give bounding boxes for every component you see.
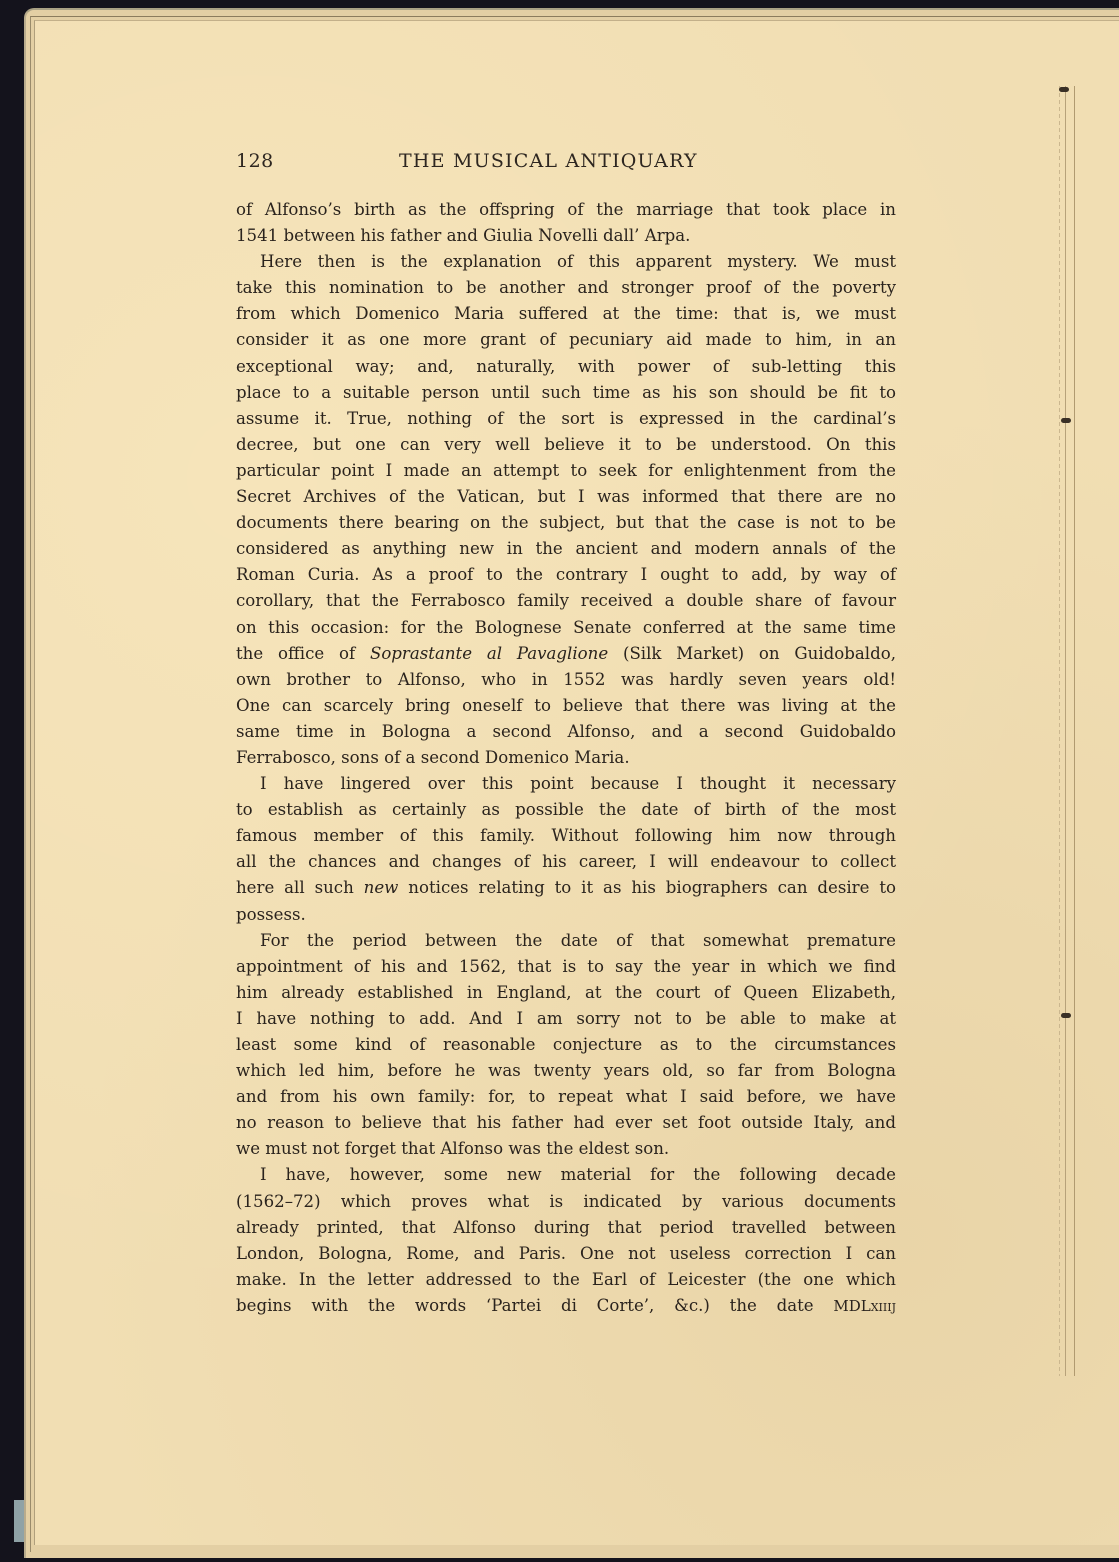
text-line: I have lingered over this point because … (236, 771, 896, 797)
text-line: all the chances and changes of his caree… (236, 849, 896, 875)
text-line: which led him, before he was twenty year… (236, 1058, 896, 1084)
text-line: on this occasion: for the Bolognese Sena… (236, 615, 896, 641)
text-line: decree, but one can very well believe it… (236, 432, 896, 458)
body-text: of Alfonso’s birth as the offspring of t… (236, 197, 896, 1319)
text-run: notices relating to it as his biographer… (398, 878, 896, 897)
text-line: One can scarcely bring oneself to believ… (236, 693, 896, 719)
text-run: begins with the words ‘Partei di Corte’,… (236, 1296, 833, 1315)
stitch-knot-icon (1059, 87, 1069, 92)
text-line: assume it. True, nothing of the sort is … (236, 406, 896, 432)
text-line: the office of Soprastante al Pavaglione … (236, 641, 896, 667)
text-line: to establish as certainly as possible th… (236, 797, 896, 823)
text-line: particular point I made an attempt to se… (236, 458, 896, 484)
text-line: no reason to believe that his father had… (236, 1110, 896, 1136)
text-line: I have, however, some new material for t… (236, 1162, 896, 1188)
text-run: here all such (236, 878, 364, 897)
text-line: (1562–72) which proves what is indicated… (236, 1189, 896, 1215)
text-line: considered as anything new in the ancien… (236, 536, 896, 562)
text-run: (Silk Market) on Guidobaldo, (608, 644, 896, 663)
text-line: least some kind of reasonable conjecture… (236, 1032, 896, 1058)
text-line: here all such new notices relating to it… (236, 875, 896, 901)
text-line: same time in Bologna a second Alfonso, a… (236, 719, 896, 745)
roman-date: MDLxiiij (833, 1297, 896, 1315)
italic-term: Soprastante al Pavaglione (370, 644, 608, 663)
text-line: appointment of his and 1562, that is to … (236, 954, 896, 980)
text-line: exceptional way; and, naturally, with po… (236, 354, 896, 380)
stitch-knot-icon (1061, 1013, 1071, 1018)
text-line: him already established in England, at t… (236, 980, 896, 1006)
text-line: and from his own family: for, to repeat … (236, 1084, 896, 1110)
text-line: corollary, that the Ferrabosco family re… (236, 588, 896, 614)
text-line: 1541 between his father and Giulia Novel… (236, 223, 896, 249)
text-line: from which Domenico Maria suffered at th… (236, 301, 896, 327)
text-line: Roman Curia. As a proof to the contrary … (236, 562, 896, 588)
running-title: THE MUSICAL ANTIQUARY (399, 150, 698, 172)
text-line: take this nomination to be another and s… (236, 275, 896, 301)
text-line: Here then is the explanation of this app… (236, 249, 896, 275)
text-run: the office of (236, 644, 370, 663)
text-line: I have nothing to add. And I am sorry no… (236, 1006, 896, 1032)
text-line: place to a suitable person until such ti… (236, 380, 896, 406)
text-line: consider it as one more grant of pecunia… (236, 327, 896, 353)
stitch-knot-icon (1061, 418, 1071, 423)
page-header: 128 THE MUSICAL ANTIQUARY (236, 150, 896, 180)
text-line: make. In the letter addressed to the Ear… (236, 1267, 896, 1293)
text-line: documents there bearing on the subject, … (236, 510, 896, 536)
italic-term: new (364, 878, 399, 897)
text-line: we must not forget that Alfonso was the … (236, 1136, 896, 1162)
text-line: Secret Archives of the Vatican, but I wa… (236, 484, 896, 510)
text-line: For the period between the date of that … (236, 928, 896, 954)
text-line: already printed, that Alfonso during tha… (236, 1215, 896, 1241)
page-number: 128 (236, 150, 274, 172)
text-line: of Alfonso’s birth as the offspring of t… (236, 197, 896, 223)
text-line: possess. (236, 902, 896, 928)
binding-stitch (1065, 86, 1075, 1376)
text-line: Ferrabosco, sons of a second Domenico Ma… (236, 745, 896, 771)
text-line: London, Bologna, Rome, and Paris. One no… (236, 1241, 896, 1267)
text-line: begins with the words ‘Partei di Corte’,… (236, 1293, 896, 1319)
text-line: famous member of this family. Without fo… (236, 823, 896, 849)
text-line: own brother to Alfonso, who in 1552 was … (236, 667, 896, 693)
